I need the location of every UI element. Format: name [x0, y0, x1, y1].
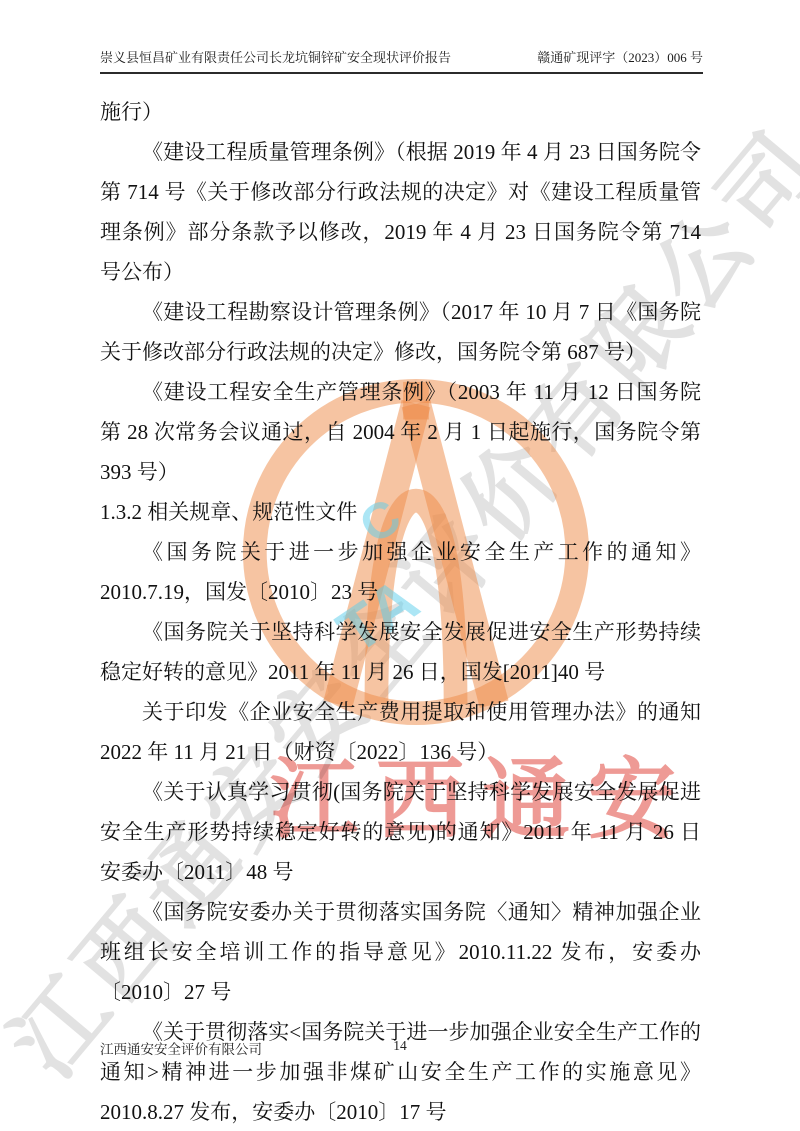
body-paragraph: 《关于贯彻落实<国务院关于进一步加强企业安全生产工作的通知>精神进一步加强非煤矿… — [100, 1012, 701, 1131]
header-document-number: 赣通矿现评字（2023）006 号 — [537, 48, 703, 68]
section-heading-1-3-2: 1.3.2 相关规章、规范性文件 — [100, 492, 701, 532]
page-header: 崇义县恒昌矿业有限责任公司长龙坑铜锌矿安全现状评价报告 赣通矿现评字（2023）… — [100, 48, 703, 74]
body-paragraph: 《建设工程勘察设计管理条例》（2017 年 10 月 7 日《国务院关于修改部分… — [100, 292, 701, 372]
body-paragraph: 《建设工程安全生产管理条例》（2003 年 11 月 12 日国务院第 28 次… — [100, 372, 701, 492]
body-paragraph: 《国务院关于坚持科学发展安全发展促进安全生产形势持续稳定好转的意见》2011 年… — [100, 612, 701, 692]
body-paragraph: 《国务院安委办关于贯彻落实国务院〈通知〉精神加强企业班组长安全培训工作的指导意见… — [100, 892, 701, 1012]
footer-company-name: 江西通安安全评价有限公司 — [100, 1038, 262, 1058]
body-paragraph: 关于印发《企业安全生产费用提取和使用管理办法》的通知 2022 年 11 月 2… — [100, 692, 701, 772]
body-paragraph: 《关于认真学习贯彻(国务院关于坚持科学发展安全发展促进安全生产形势持续稳定好转的… — [100, 772, 701, 892]
body-paragraph: 施行） — [100, 92, 701, 132]
body-paragraph: 《国务院关于进一步加强企业安全生产工作的通知》2010.7.19，国发〔2010… — [100, 532, 701, 612]
body-paragraph: 《建设工程质量管理条例》（根据 2019 年 4 月 23 日国务院令第 714… — [100, 132, 701, 292]
header-report-title: 崇义县恒昌矿业有限责任公司长龙坑铜锌矿安全现状评价报告 — [100, 48, 451, 68]
page-footer: 14 江西通安安全评价有限公司 — [0, 1038, 800, 1062]
document-body: 施行） 《建设工程质量管理条例》（根据 2019 年 4 月 23 日国务院令第… — [100, 92, 701, 1131]
document-page: { "header": { "left": "崇义县恒昌矿业有限责任公司长龙坑铜… — [0, 0, 800, 1131]
